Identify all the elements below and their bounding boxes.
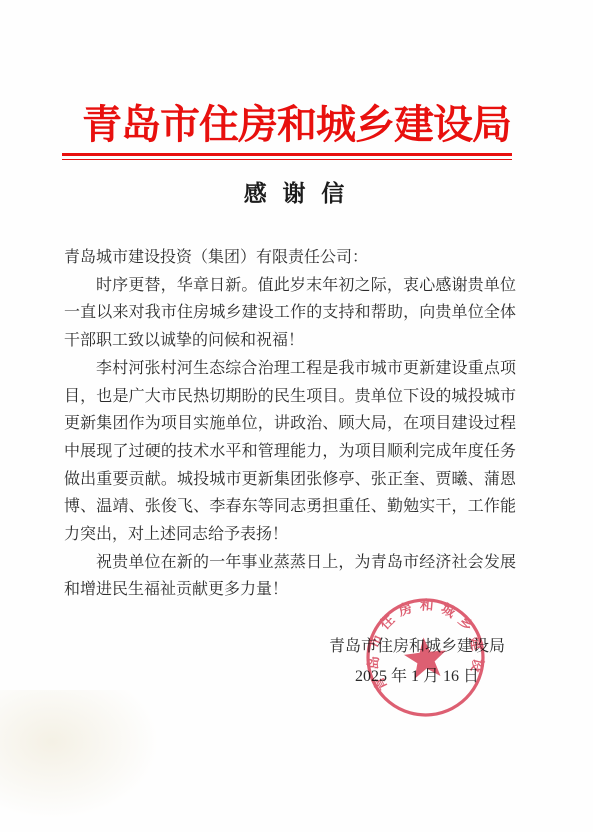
- letterhead-rule-thick: [62, 153, 512, 156]
- letterhead-rule-thin: [62, 159, 512, 161]
- star-icon: [402, 635, 448, 679]
- letter-body: 青岛城市建设投资（集团）有限责任公司： 时序更替，华章日新。值此岁末年初之际，衷…: [64, 244, 516, 604]
- salutation: 青岛城市建设投资（集团）有限责任公司：: [64, 244, 516, 272]
- letterhead-title: 青岛市住房和城乡建设局: [0, 100, 593, 150]
- official-seal-icon: 青岛市住房和城乡建设局: [358, 590, 493, 725]
- scan-smudge: [0, 690, 160, 820]
- paragraph: 时序更替，华章日新。值此岁末年初之际，衷心感谢贵单位一直以来对我市住房城乡建设工…: [64, 272, 516, 355]
- letterhead-rule: [62, 153, 512, 160]
- paragraph: 李村河张村河生态综合治理工程是我市城市更新建设重点项目，也是广大市民热切期盼的民…: [64, 355, 516, 549]
- letter-page: 青岛市住房和城乡建设局 感 谢 信 青岛城市建设投资（集团）有限责任公司： 时序…: [0, 0, 593, 832]
- letter-title: 感 谢 信: [0, 180, 593, 208]
